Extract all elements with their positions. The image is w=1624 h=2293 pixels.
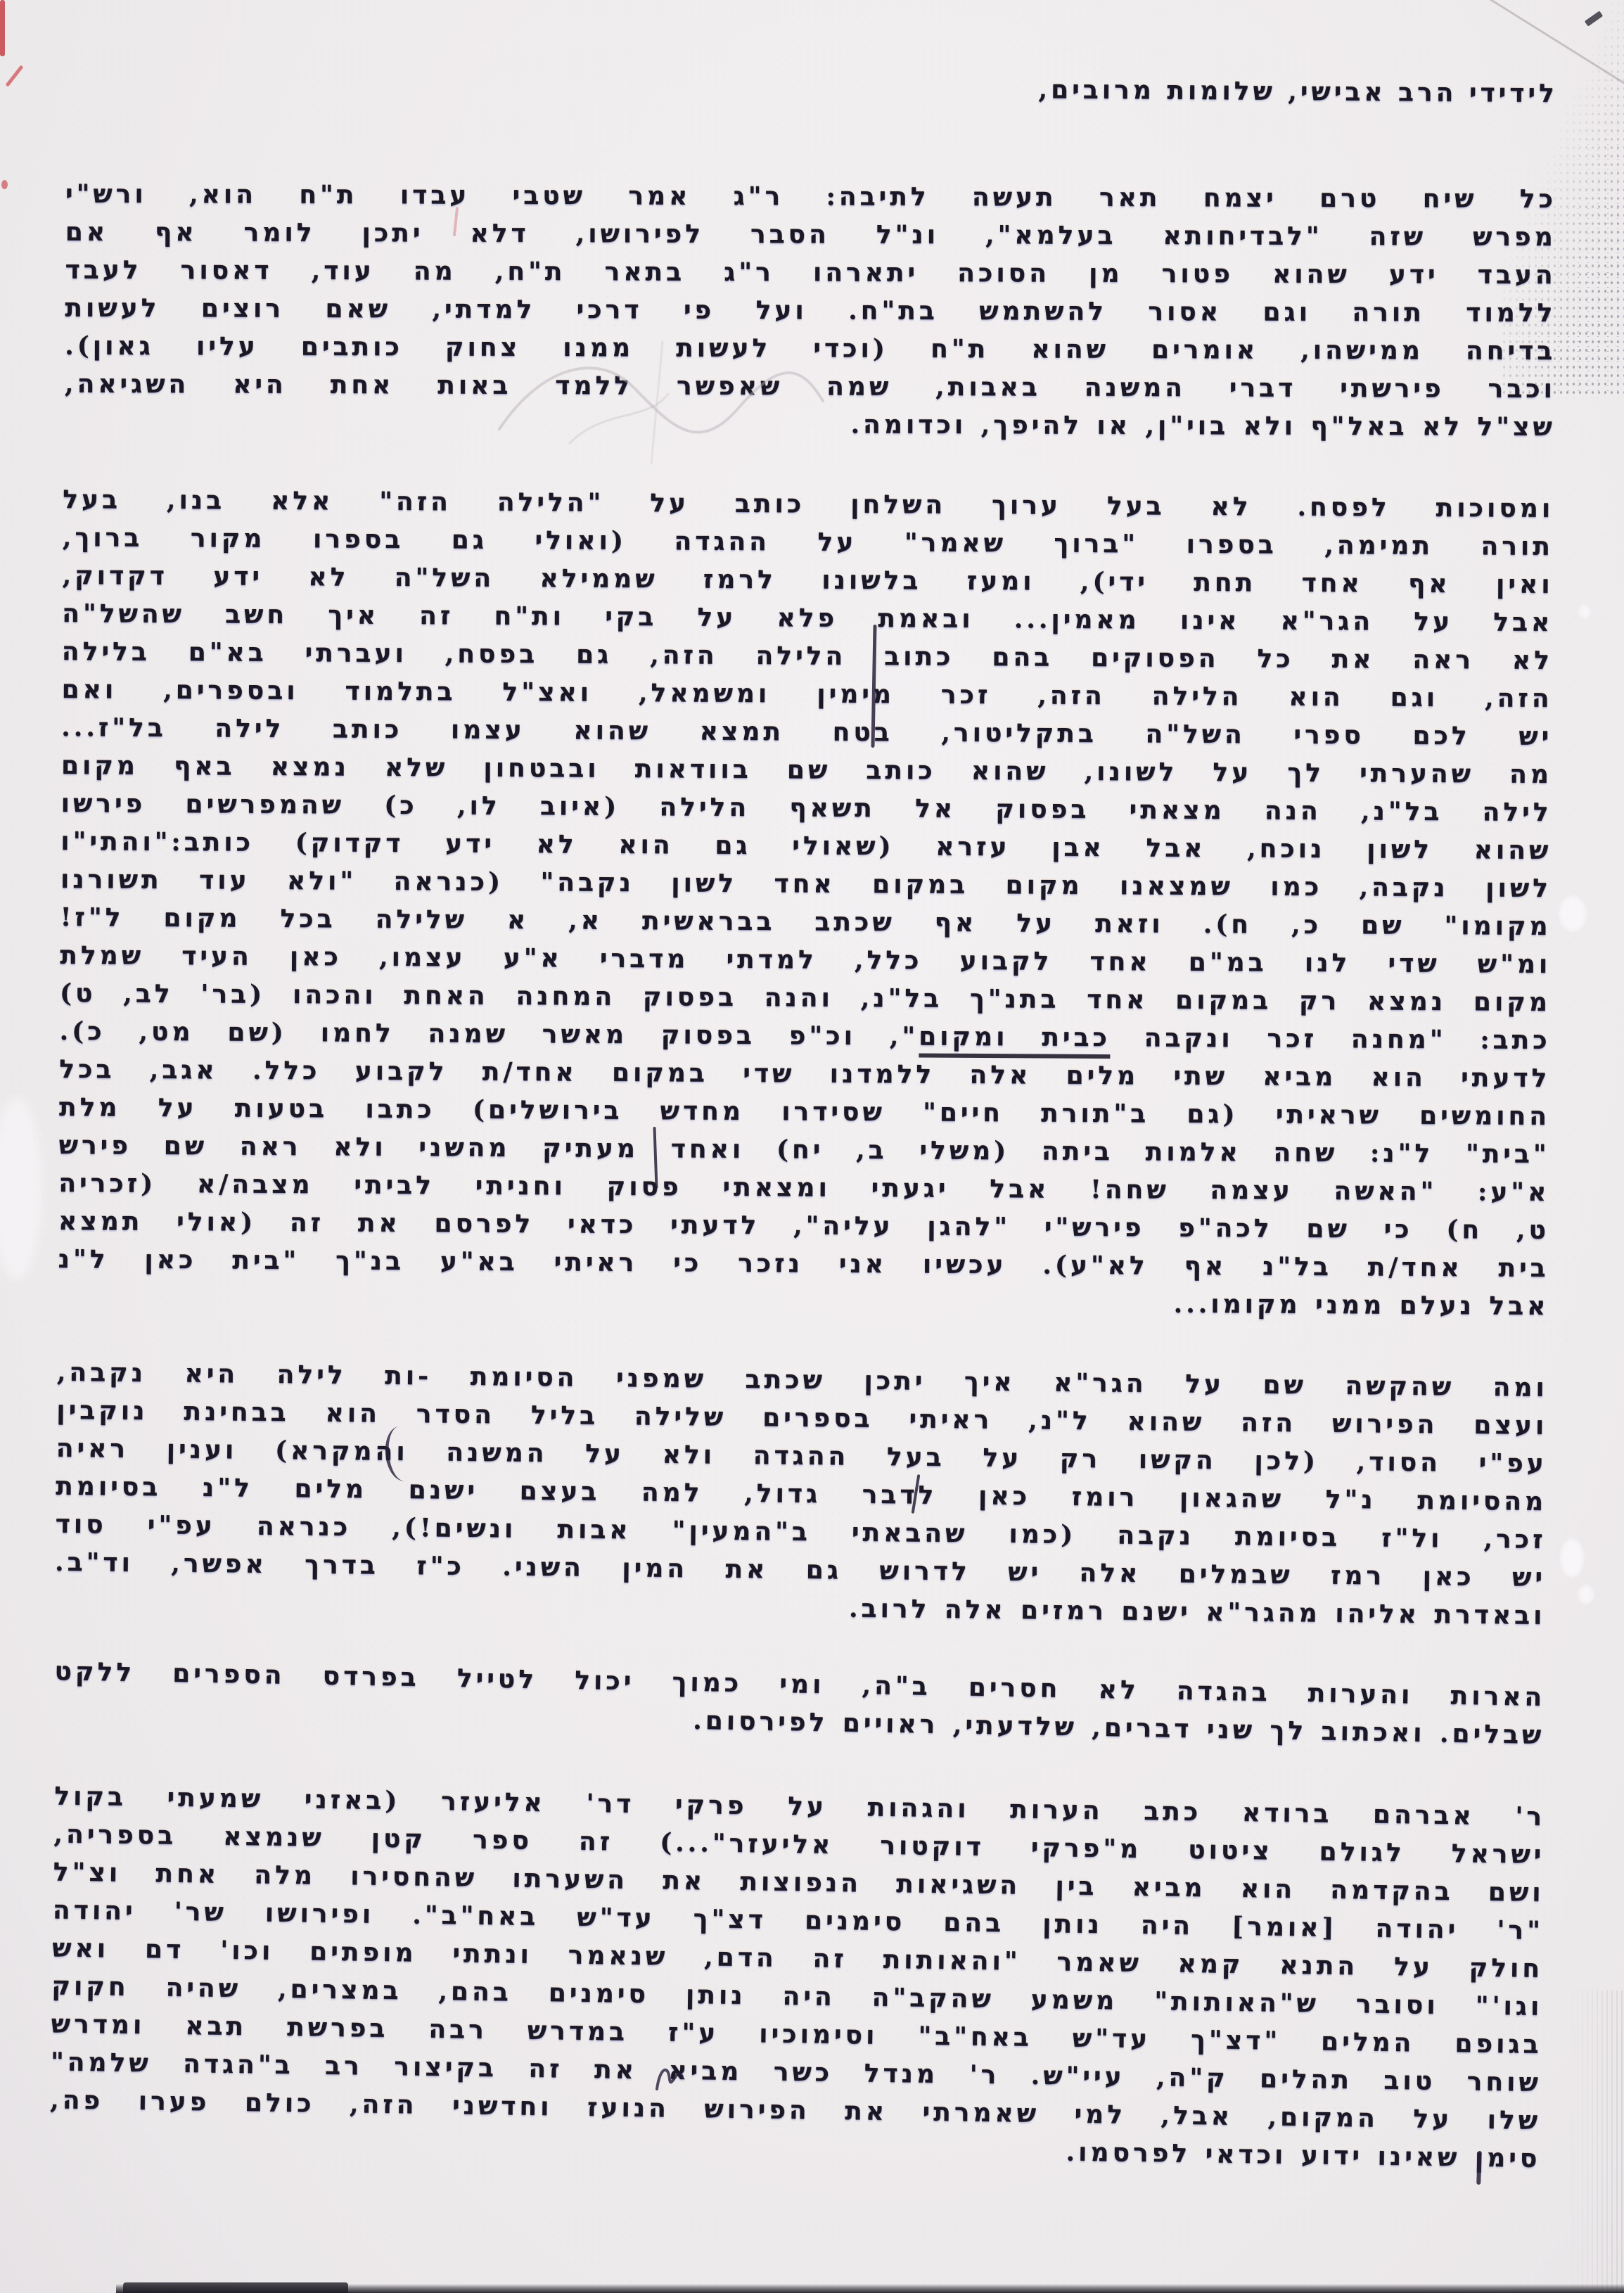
red-edge-dash	[5, 65, 23, 87]
paragraph: הארות והערות בהגדה לא חסרים ב"ה, ומי כמו…	[53, 1652, 1546, 1754]
paragraph: ר' אברהם ברודא כתב הערות והגהות על פרקי …	[49, 1777, 1545, 2178]
paragraph: ומה שהקשה שם על הגר"א איך יתכן שכתב שמפנ…	[54, 1353, 1548, 1635]
whiteout-blob	[1578, 1584, 1594, 1605]
letter-line: וכבר פירשתי דברי המשנה באבות, שמה שאפשר …	[65, 365, 1556, 408]
underlined-text: כבית ומקום	[919, 1021, 1111, 1059]
letter-line: ללמוד תורה וגם אסור להשתמש בת"ח. ועל פי …	[65, 289, 1556, 332]
letter-body: כל שיח טרם יצמח תאר תעשה לתיבה: ר"ג אמר …	[51, 168, 1557, 2178]
letter-line: בדיחה ממישהו, אומרים שהוא ת"ח (וכדי לעשו…	[65, 327, 1556, 370]
red-edge-streak	[0, 0, 5, 56]
paper-fold-highlight	[0, 1097, 42, 1280]
scanned-letter-page: לידידי הרב אבישי, שלומות מרובים, כל שיח …	[0, 0, 1624, 2293]
letter-line: העבד ידע שהוא פטור מן הסוכה יתארהו ר"ג ב…	[65, 251, 1556, 294]
paragraph: ומסוכות לפסח. לא בעל ערוך השלחן כותב על …	[58, 480, 1554, 1325]
scanner-streaks-bottom-right	[1557, 1991, 1624, 2293]
paragraph: כל שיח טרם יצמח תאר תעשה לתיבה: ר"ג אמר …	[65, 175, 1556, 446]
red-edge-dot	[1, 180, 8, 189]
letter-line: מפרש שזה "לבדיחותא בעלמא", ונ"ל הסבר לפי…	[65, 213, 1556, 256]
scan-edge-bottom-strip	[116, 2284, 1624, 2293]
letter-body-container: לידידי הרב אבישי, שלומות מרובים, כל שיח …	[50, 63, 1558, 2221]
letter-line: אבל נעלם ממני מקומו...	[58, 1278, 1549, 1325]
whiteout-blob	[1578, 603, 1592, 620]
text-segment: ", וכ"פ בפסוק מאשר שמנה לחמו (שם מט, כ).	[59, 1016, 919, 1051]
letter-line: שצ"ל לא באל"ף ולא בוי"ן, או להיפך, וכדומ…	[65, 403, 1556, 446]
dark-speck-top-right	[1585, 11, 1603, 26]
whiteout-blob	[1559, 1538, 1585, 1578]
letter-line: כל שיח טרם יצמח תאר תעשה לתיבה: ר"ג אמר …	[65, 175, 1556, 218]
whiteout-blob	[1558, 895, 1587, 933]
text-segment: כתב: "מחנה זכר ונקבה	[1111, 1023, 1551, 1055]
salutation-line: לידידי הרב אבישי, שלומות מרובים,	[67, 63, 1558, 113]
